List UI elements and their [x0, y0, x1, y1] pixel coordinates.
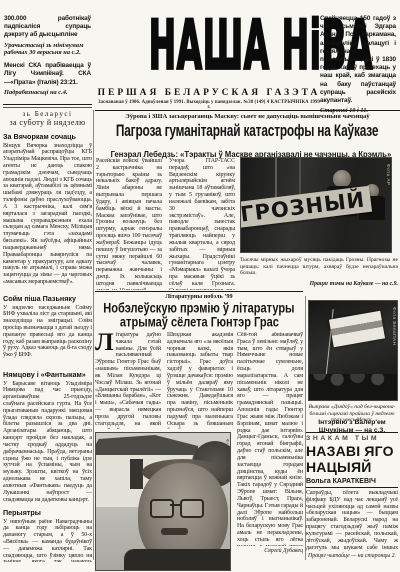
sidebar-item-title-sojm: Сойм піша Пазьняку [3, 294, 92, 303]
sidebar-item-body: У нядзелю паседжаньне Сойму БНФ ухваліла… [3, 305, 92, 365]
feature-section-label: ЗНАКАМ ТЫМ [306, 435, 398, 442]
feature-body: Сапраўды, сёлета выкладчыкі філфаку БДУ … [306, 490, 398, 551]
sidebar-item-title-peryjatry: Перыятры [3, 508, 92, 517]
nobel-byline: Сяргей Дубавец [237, 548, 303, 554]
photo-house-roof [95, 435, 198, 455]
brief-strike-text: 300.000 работнікаў падпісаліся супраць д… [4, 15, 91, 40]
lead-column-2: Учора ІТАР-ТАСС перадаў, што «на Вядзенс… [169, 158, 235, 290]
nobel-column-1: Літаратура даўно чакала гэтай навіны. Дл… [95, 332, 161, 429]
grozny-photo: ГРОЗНЫЙ Фота AP [240, 157, 392, 253]
nobel-column-2: Швэдзкая акадэмія адзначыла яго «за вясё… [167, 332, 233, 429]
gunter-grass-photo: Фота REUTERS [95, 432, 231, 571]
brief-ska-text: Менскі СКА прабіваецца ў Лігу Чэмпіёнаў.… [4, 62, 91, 87]
masthead-subtitle: ПЕРШАЯ БЕЛАРУСКАЯ ГАЗЭТА [96, 88, 322, 98]
portrait-shoulders [124, 549, 231, 571]
sidebar-item-body: У няпоўным раёне Наваградчыны да канца г… [3, 519, 92, 563]
sidebar-item-title-viachorka: За Вячоркам сочаць [3, 132, 92, 141]
glasses-bridge [170, 504, 180, 506]
masthead: НАША НіВА [96, 14, 322, 86]
photo-house-door [130, 459, 143, 489]
sidebar-belarus-news: зь Беларусі за суботу й нядзелю За Вячор… [3, 104, 92, 562]
lead-headline: Пагроза гуманітарнай катастрофы на Каўка… [95, 122, 400, 142]
white-red-white-flag [329, 311, 385, 348]
top-right-brief: Спаўняецца 150 гадоў з часу сьмерці Эдга… [320, 15, 396, 120]
feature-author: Вольга КАРАТКЕВІЧ [306, 478, 398, 488]
feature-jump-line: Працяг чытайце — на старонцы 2. [306, 553, 398, 559]
nobel-headline: Нобэлеўскую прэмію ў літаратуры атрымаў … [95, 301, 303, 329]
glasses-right-lens [180, 499, 204, 518]
photo-credit: Фота БелаПАН [391, 307, 396, 345]
feature-rule [306, 432, 398, 433]
brief-strike-note: Урачыстасьці зь мінімумам рабочых 30 вер… [4, 42, 91, 58]
feature-headline: НАЗАВІ ЯГО НАЦЫЯЙ [306, 443, 398, 475]
lead-column-1: Расейскія войскі ўвайшлі 2 кастрычніка н… [96, 158, 162, 290]
masthead-rule [95, 110, 400, 111]
sidebar-item-body: Вінцук Вячорка знаходзіцца ў апэратыўнай… [3, 143, 92, 289]
masthead-dateline: Заснаваная ў 1906. Адноўленая ў 1991. Вы… [96, 100, 322, 110]
brief-poe-text: Спаўняецца 150 гадоў з часу сьмерці Эдга… [320, 15, 396, 105]
sidebar-item-title-niamcou: Нямцову і «Фантыкам» [3, 370, 92, 379]
sidebar-divider-rule [93, 110, 94, 560]
grozny-city-sign: ГРОЗНЫЙ [240, 186, 373, 229]
nobel-column-3: Сёй-той абвінавачваў Граса ў левізьне: м… [237, 332, 303, 546]
sidebar-item-body: У Барысаве вітаюць Уладзіміра Нямцова па… [3, 381, 92, 503]
photo-credit: Фота REUTERS [224, 439, 229, 479]
nobel-headline-line2: атрымаў сёлета Гюнтэр Грас [120, 315, 279, 330]
top-left-briefs: 300.000 работнікаў падпісаліся супраць д… [4, 15, 91, 102]
lead-jump-line: Працяг тэмы на Каўказе — на с.9. [240, 281, 398, 287]
newspaper-front-page: 300.000 работнікаў падпісаліся супраць д… [0, 0, 400, 572]
grozny-caption: Тысячы мірных жыхароў мусяць пакідаць Гр… [240, 257, 398, 277]
sidebar-section-pre: зь Беларусі [3, 110, 92, 118]
feature-headline-line1: НАЗАВІ ЯГО [306, 443, 394, 459]
lead-kicker: Эўропа і ЗША засьцерагаюць Маскву: сьвет… [95, 113, 400, 120]
photo-credit: Фота AP [385, 164, 390, 186]
portrait-moustache [161, 528, 188, 535]
nobel-rule [95, 291, 303, 292]
feature-headline-line2: НАЦЫЯЙ [306, 459, 371, 475]
brief-ska-note: Падрабязнасьці на с.4. [4, 89, 91, 97]
sidebar-rule [3, 104, 92, 105]
dziady-march-photo: Фота БелаПАН [308, 300, 398, 401]
sidebar-rule-2 [3, 107, 92, 108]
glasses-left-lens [150, 499, 174, 518]
sidebar-section-title: за суботу й нядзелю [3, 118, 92, 127]
lead-subhead: Генэрал Лебедзь: «Тэракты ў Маскве арган… [95, 144, 400, 155]
lead-headline-text: Пагроза гуманітарнай катастрофы на Каўка… [116, 121, 378, 139]
photo-crowd [309, 374, 397, 400]
shchukin-interview-link: Інтэрвію з Валер'ем Шчукіным — на с.3. [306, 419, 398, 436]
drop-cap: Л [95, 332, 116, 353]
